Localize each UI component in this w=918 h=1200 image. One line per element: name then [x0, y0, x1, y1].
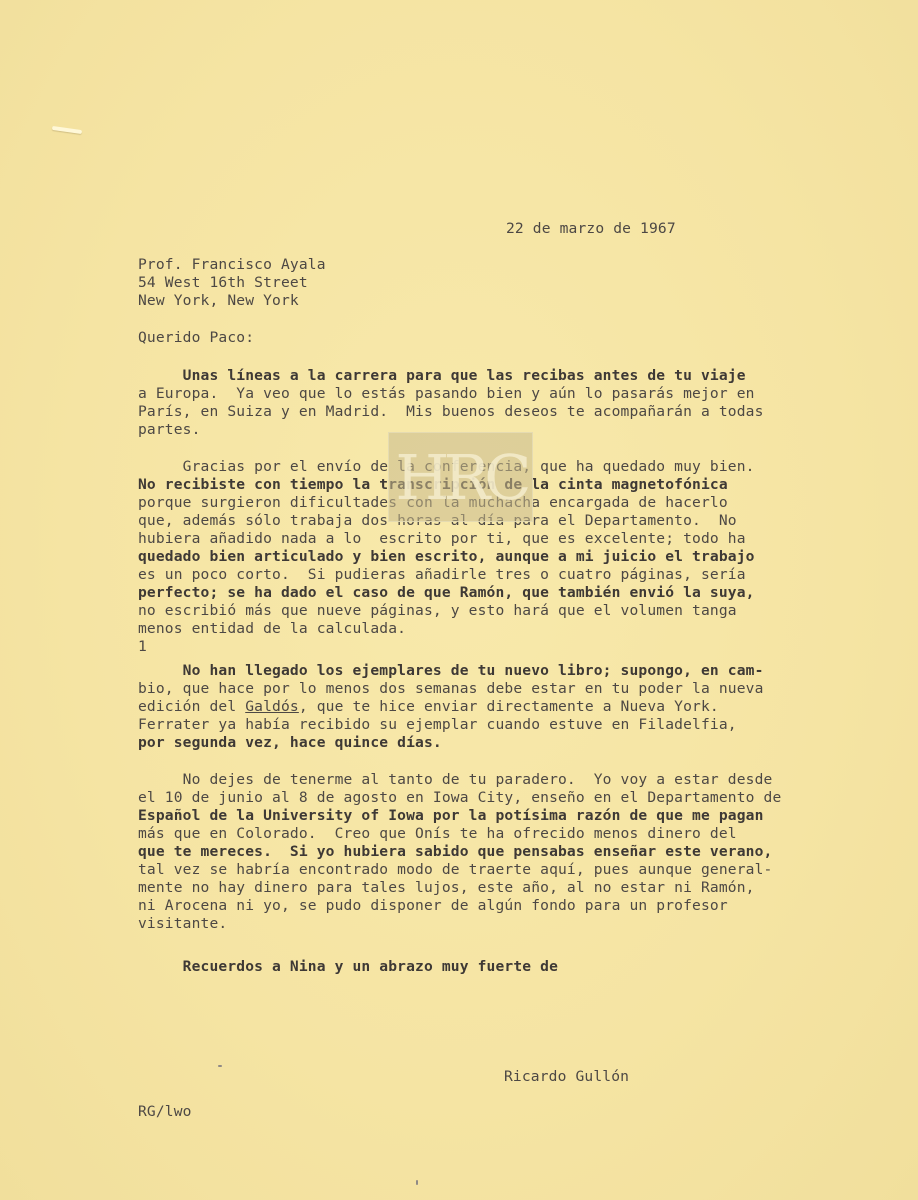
- paragraph-line: No han llegado los ejemplares de tu nuev…: [138, 662, 764, 680]
- paper-scuff-mark: [52, 126, 82, 134]
- ink-speck: [218, 1065, 222, 1067]
- paragraph-line: partes.: [138, 421, 201, 439]
- hrc-watermark: HRC: [388, 432, 533, 522]
- underlined-book-title: Galdós: [245, 698, 299, 715]
- paragraph-line: hubiera añadido nada a lo escrito por ti…: [138, 530, 746, 548]
- paragraph-line: Español de la University of Iowa por la …: [138, 807, 764, 825]
- paragraph-line: más que en Colorado. Creo que Onís te ha…: [138, 825, 737, 843]
- paragraph-line: menos entidad de la calculada.: [138, 620, 406, 638]
- paragraph-line: edición del Galdós, que te hice enviar d…: [138, 698, 719, 716]
- watermark-text: HRC: [389, 441, 532, 514]
- paragraph-line: Unas líneas a la carrera para que las re…: [138, 367, 746, 385]
- letter-date: 22 de marzo de 1967: [506, 220, 676, 238]
- paragraph-line: mente no hay dinero para tales lujos, es…: [138, 879, 755, 897]
- signature-name: Ricardo Gullón: [504, 1068, 629, 1086]
- closing-line: Recuerdos a Nina y un abrazo muy fuerte …: [138, 958, 558, 976]
- paragraph-line: No dejes de tenerme al tanto de tu parad…: [138, 771, 772, 789]
- recipient-name: Prof. Francisco Ayala: [138, 256, 326, 274]
- paragraph-line: por segunda vez, hace quince días.: [138, 734, 442, 752]
- paragraph-line: que te mereces. Si yo hubiera sabido que…: [138, 843, 772, 861]
- paragraph-line: tal vez se habría encontrado modo de tra…: [138, 861, 772, 879]
- ink-speck: [416, 1180, 418, 1185]
- paragraph-line: no escribió más que nueve páginas, y est…: [138, 602, 737, 620]
- letter-page: 22 de marzo de 1967 Prof. Francisco Ayal…: [0, 0, 918, 1200]
- paragraph-line: perfecto; se ha dado el caso de que Ramó…: [138, 584, 755, 602]
- paragraph-line: ni Arocena ni yo, se pudo disponer de al…: [138, 897, 728, 915]
- paragraph-line: es un poco corto. Si pudieras añadirle t…: [138, 566, 746, 584]
- paragraph-line: el 10 de junio al 8 de agosto en Iowa Ci…: [138, 789, 781, 807]
- typist-initials: RG/lwo: [138, 1103, 192, 1121]
- text-span: edición del: [138, 698, 245, 715]
- paragraph-line: visitante.: [138, 915, 227, 933]
- paragraph-line: Ferrater ya había recibido su ejemplar c…: [138, 716, 737, 734]
- paragraph-line: a Europa. Ya veo que lo estás pasando bi…: [138, 385, 755, 403]
- recipient-city: New York, New York: [138, 292, 299, 310]
- paragraph-line: bio, que hace por lo menos dos semanas d…: [138, 680, 764, 698]
- paragraph-line: París, en Suiza y en Madrid. Mis buenos …: [138, 403, 764, 421]
- recipient-street: 54 West 16th Street: [138, 274, 308, 292]
- salutation: Querido Paco:: [138, 329, 254, 347]
- stray-mark: 1: [138, 638, 147, 656]
- paragraph-line: quedado bien articulado y bien escrito, …: [138, 548, 755, 566]
- text-span: , que te hice enviar directamente a Nuev…: [299, 698, 719, 715]
